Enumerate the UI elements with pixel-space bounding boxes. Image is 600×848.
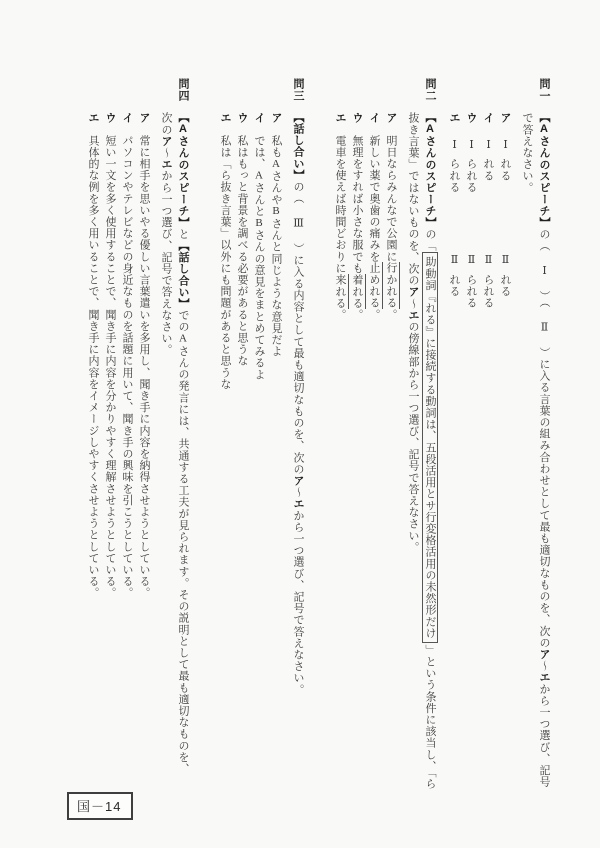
instruction-line: 問三【話し合い】の（ Ⅲ ）に入る内容として最も適切なものを、次のア～エから一つ… bbox=[292, 78, 304, 796]
emphasis-text: 【話し合い】 bbox=[177, 240, 189, 310]
roman-numeral: Ⅰ bbox=[465, 138, 477, 152]
instruction-text: の（ Ⅰ ）（ Ⅱ ）に入る言葉の組み合わせとして最も適切なものを、次の bbox=[538, 228, 550, 648]
emphasis-text: エ bbox=[292, 498, 304, 510]
option-label: ア bbox=[385, 112, 397, 124]
question-2-option-4: エ電車を使えば時間どおりに来れる。 bbox=[334, 78, 346, 796]
instruction-text: の（ Ⅲ ）に入る内容として最も適切なものを、次の bbox=[292, 181, 304, 475]
questions-area: 問一【Aさんのスピーチ】の（ Ⅰ ）（ Ⅱ ）に入る言葉の組み合わせとして最も適… bbox=[57, 78, 550, 796]
option-text: 。 bbox=[368, 309, 380, 321]
emphasis-text: エ bbox=[538, 672, 550, 684]
roman-numeral: Ⅰ bbox=[499, 138, 511, 152]
emphasis-text: ア bbox=[538, 648, 550, 660]
question-4-option-4: エ具体的な例を多く用いることで、聞き手に内容をイメージしやすくさせようとしている… bbox=[87, 78, 99, 796]
option-label: ア bbox=[138, 112, 150, 124]
instruction-text: ～ bbox=[292, 486, 304, 498]
emphasis-text: 【話し合い】 bbox=[292, 111, 304, 181]
emphasis-text: ア bbox=[292, 475, 304, 487]
roman-numeral: Ⅱ bbox=[482, 253, 494, 267]
exam-page: 問一【Aさんのスピーチ】の（ Ⅰ ）（ Ⅱ ）に入る言葉の組み合わせとして最も適… bbox=[0, 0, 600, 848]
option-text: 常に相手を思いやる優しい言葉遣いを多用し、聞き手に内容を納得させようとしている。 bbox=[138, 135, 150, 599]
instruction-text: ～ bbox=[160, 147, 172, 159]
question-1-option-1: アⅠれるⅡれる bbox=[499, 78, 511, 796]
option-text: パソコンやテレビなどの身近なものを話題に用いて、聞き手の興味を引こうとしている。 bbox=[121, 135, 133, 599]
option-text: られる bbox=[482, 274, 494, 309]
instruction-text: の傍線部から一つ選び、記号で答えなさい。 bbox=[407, 321, 419, 553]
roman-numeral: Ⅰ bbox=[448, 138, 460, 152]
instruction-line: 問四【Aさんのスピーチ】と【話し合い】でのAさんの発言には、共通する工夫が見られ… bbox=[177, 78, 189, 796]
instruction-text: から一つ選び、記号 bbox=[538, 683, 550, 787]
instruction-text: から一つ選び、記号で答えなさい。 bbox=[160, 170, 172, 356]
question-2-option-2: イ新しい薬で奥歯の痛みを止めれる。 bbox=[368, 78, 380, 796]
option-label: ア bbox=[270, 112, 282, 124]
question-number: 問二 bbox=[424, 78, 436, 101]
instruction-text: ～ bbox=[538, 660, 550, 672]
boxed-condition: 助動詞『れる』に接続する動詞は、五段活用とサ行変格活用の未然形だけ bbox=[422, 252, 438, 643]
emphasis-text: エ bbox=[407, 309, 419, 321]
option-text: れる bbox=[499, 274, 511, 297]
option-label: ア bbox=[499, 112, 511, 124]
question-number: 問一 bbox=[538, 78, 550, 101]
instruction-text: から一つ選び、記号で答えなさい。 bbox=[292, 510, 304, 696]
option-label: ウ bbox=[104, 112, 116, 124]
emphasis-text: エ bbox=[160, 158, 172, 170]
option-text: れる bbox=[482, 158, 494, 248]
option-text: 具体的な例を多く用いることで、聞き手に内容をイメージしやすくさせようとしている。 bbox=[87, 135, 99, 599]
question-4-option-1: ア常に相手を思いやる優しい言葉遣いを多用し、聞き手に内容を納得させようとしている… bbox=[138, 78, 150, 796]
question-1-option-2: イⅠれるⅡられる bbox=[482, 78, 494, 796]
question-4-option-2: イパソコンやテレビなどの身近なものを話題に用いて、聞き手の興味を引こうとしている… bbox=[121, 78, 133, 796]
option-text: れる bbox=[499, 158, 511, 248]
instruction-line: で答えなさい。 bbox=[521, 78, 533, 796]
underlined-verb: 来れる bbox=[334, 274, 349, 309]
question-3-option-4: エ私は「ら抜き言葉」以外にも問題があると思うな bbox=[219, 78, 231, 796]
emphasis-text: ア bbox=[160, 135, 172, 147]
instruction-text: でのAさんの発言には、共通する工夫が見られます。その説明として最も適切なものを、 bbox=[177, 309, 189, 774]
option-text: 私は「ら抜き言葉」以外にも問題があると思うな bbox=[219, 135, 231, 390]
option-text: 電車を使えば時間どおりに bbox=[334, 135, 346, 274]
option-label: イ bbox=[253, 112, 265, 124]
roman-numeral: Ⅱ bbox=[499, 253, 511, 267]
emphasis-text: ア bbox=[407, 286, 419, 298]
underlined-verb: 止めれる bbox=[368, 262, 383, 308]
instruction-line: 抜き言葉」ではないものを、次のア～エの傍線部から一つ選び、記号で答えなさい。 bbox=[407, 78, 419, 796]
option-text: 私もAさんやBさんと同じような意見だよ bbox=[270, 135, 282, 357]
roman-numeral: Ⅱ bbox=[448, 253, 460, 267]
option-label: ウ bbox=[236, 112, 248, 124]
option-text: 短い一文を多く使用することで、聞き手に内容を分かりやすく理解させようとしている。 bbox=[104, 135, 116, 599]
option-text: られる bbox=[448, 158, 460, 248]
roman-numeral: Ⅱ bbox=[465, 253, 477, 267]
question-4-option-3: ウ短い一文を多く使用することで、聞き手に内容を分かりやすく理解させようとしている… bbox=[104, 78, 116, 796]
option-label: エ bbox=[448, 112, 460, 124]
instruction-text: 抜き言葉」ではないものを、次の bbox=[407, 112, 419, 286]
option-text: 。 bbox=[385, 309, 397, 321]
option-label: ウ bbox=[465, 112, 477, 124]
question-2-option-3: ウ無理をすれば小さな服でも着れる。 bbox=[351, 78, 363, 796]
question-number: 問三 bbox=[292, 78, 304, 101]
option-text: 。 bbox=[334, 309, 346, 321]
option-text: られる bbox=[465, 158, 477, 248]
footer-page-box: 国－14 bbox=[67, 792, 133, 820]
option-label: エ bbox=[334, 112, 346, 124]
question-3-option-2: イでは、AさんとBさんの意見をまとめてみるよ bbox=[253, 78, 265, 796]
underlined-verb: 行かれる bbox=[385, 262, 400, 308]
question-2-option-1: ア明日ならみんなで公園に行かれる。 bbox=[385, 78, 397, 796]
option-label: エ bbox=[219, 112, 231, 124]
option-text: 私はもっと背景を調べる必要があると思うな bbox=[236, 135, 248, 367]
instruction-text: の「 bbox=[424, 228, 436, 251]
instruction-text: と bbox=[177, 228, 189, 240]
question-3-option-3: ウ私はもっと背景を調べる必要があると思うな bbox=[236, 78, 248, 796]
question-1: 問一【Aさんのスピーチ】の（ Ⅰ ）（ Ⅱ ）に入る言葉の組み合わせとして最も適… bbox=[448, 78, 550, 796]
instruction-text: 次の bbox=[160, 112, 172, 135]
option-text: 明日ならみんなで公園に bbox=[385, 135, 397, 263]
underlined-verb: 着れる bbox=[351, 274, 366, 309]
footer-page-label: 国－14 bbox=[77, 799, 121, 814]
instruction-line: 次のア～エから一つ選び、記号で答えなさい。 bbox=[160, 78, 172, 796]
question-4: 問四【Aさんのスピーチ】と【話し合い】でのAさんの発言には、共通する工夫が見られ… bbox=[87, 78, 189, 796]
option-text: 。 bbox=[351, 309, 363, 321]
option-label: イ bbox=[482, 112, 494, 124]
question-2: 問二【Aさんのスピーチ】の「助動詞『れる』に接続する動詞は、五段活用とサ行変格活… bbox=[334, 78, 436, 796]
option-text: 無理をすれば小さな服でも bbox=[351, 135, 363, 274]
emphasis-text: 【Aさんのスピーチ】 bbox=[177, 111, 189, 228]
instruction-text: 」という条件に該当し、「ら bbox=[424, 644, 436, 789]
option-label: ウ bbox=[351, 112, 363, 124]
question-1-option-3: ウⅠられるⅡられる bbox=[465, 78, 477, 796]
question-number: 問四 bbox=[177, 78, 189, 101]
option-text: では、AさんとBさんの意見をまとめてみるよ bbox=[253, 135, 265, 381]
option-text: れる bbox=[448, 274, 460, 297]
instruction-line: 問二【Aさんのスピーチ】の「助動詞『れる』に接続する動詞は、五段活用とサ行変格活… bbox=[424, 78, 436, 796]
option-label: イ bbox=[368, 112, 380, 124]
emphasis-text: 【Aさんのスピーチ】 bbox=[538, 111, 550, 228]
roman-numeral: Ⅰ bbox=[482, 138, 494, 152]
question-3: 問三【話し合い】の（ Ⅲ ）に入る内容として最も適切なものを、次のア～エから一つ… bbox=[219, 78, 304, 796]
question-3-option-1: ア私もAさんやBさんと同じような意見だよ bbox=[270, 78, 282, 796]
option-label: エ bbox=[87, 112, 99, 124]
instruction-line: 問一【Aさんのスピーチ】の（ Ⅰ ）（ Ⅱ ）に入る言葉の組み合わせとして最も適… bbox=[538, 78, 550, 796]
instruction-text: で答えなさい。 bbox=[521, 112, 533, 193]
question-1-option-4: エⅠられるⅡれる bbox=[448, 78, 460, 796]
option-text: 新しい薬で奥歯の痛みを bbox=[368, 135, 380, 263]
option-text: られる bbox=[465, 274, 477, 309]
option-label: イ bbox=[121, 112, 133, 124]
emphasis-text: 【Aさんのスピーチ】 bbox=[424, 111, 436, 228]
instruction-text: ～ bbox=[407, 298, 419, 310]
